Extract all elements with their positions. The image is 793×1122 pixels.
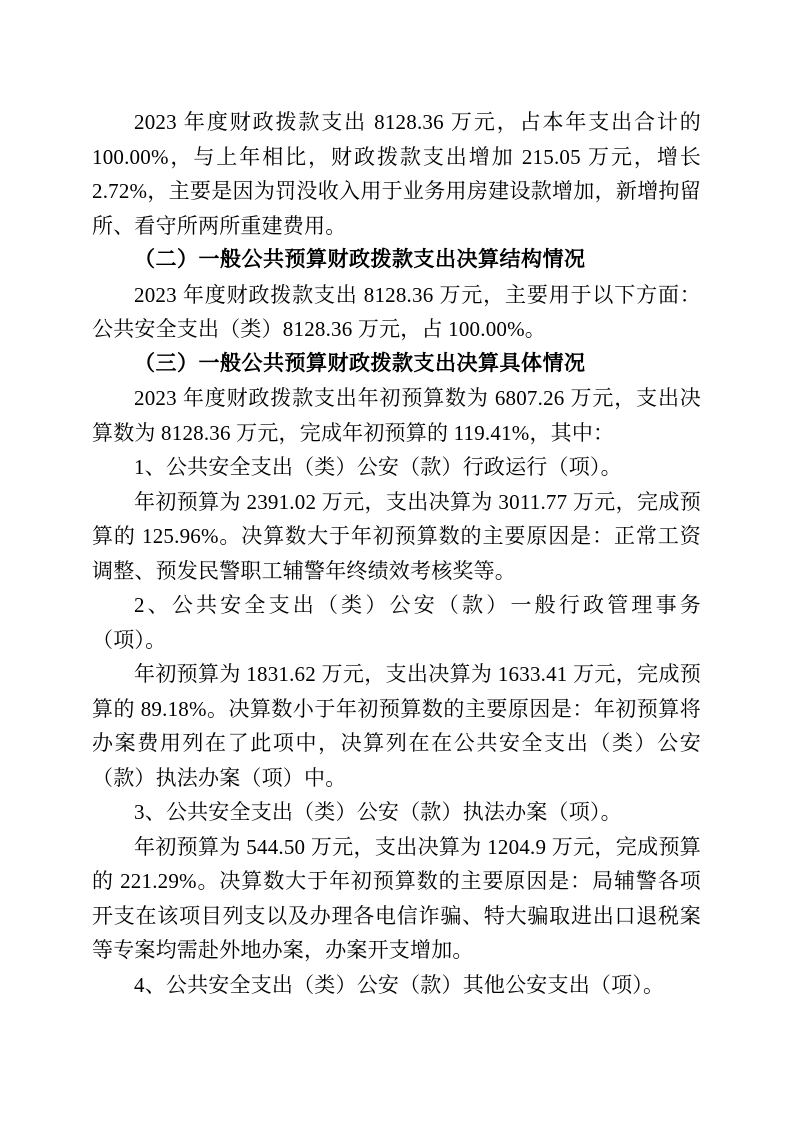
body-paragraph: 1、公共安全支出（类）公安（款）行政运行（项）。 — [92, 450, 701, 485]
body-paragraph: 2、公共安全支出（类）公安（款）一般行政管理事务（项）。 — [92, 588, 701, 657]
body-paragraph: 年初预算为 544.50 万元，支出决算为 1204.9 万元，完成预算的 22… — [92, 830, 701, 968]
body-paragraph: 年初预算为 2391.02 万元，支出决算为 3011.77 万元，完成预算的 … — [92, 485, 701, 589]
section-heading: （三）一般公共预算财政拨款支出决算具体情况 — [92, 347, 701, 382]
section-heading: （二）一般公共预算财政拨款支出决算结构情况 — [92, 243, 701, 278]
body-paragraph: 3、公共安全支出（类）公安（款）执法办案（项）。 — [92, 795, 701, 830]
body-paragraph: 2023 年度财政拨款支出年初预算数为 6807.26 万元，支出决算数为 81… — [92, 381, 701, 450]
document-page: 2023 年度财政拨款支出 8128.36 万元，占本年支出合计的 100.00… — [0, 0, 793, 1122]
document-body: 2023 年度财政拨款支出 8128.36 万元，占本年支出合计的 100.00… — [92, 105, 701, 1002]
body-paragraph: 2023 年度财政拨款支出 8128.36 万元，占本年支出合计的 100.00… — [92, 105, 701, 243]
body-paragraph: 4、公共安全支出（类）公安（款）其他公安支出（项）。 — [92, 968, 701, 1003]
body-paragraph: 年初预算为 1831.62 万元，支出决算为 1633.41 万元，完成预算的 … — [92, 657, 701, 795]
body-paragraph: 2023 年度财政拨款支出 8128.36 万元，主要用于以下方面：公共安全支出… — [92, 278, 701, 347]
